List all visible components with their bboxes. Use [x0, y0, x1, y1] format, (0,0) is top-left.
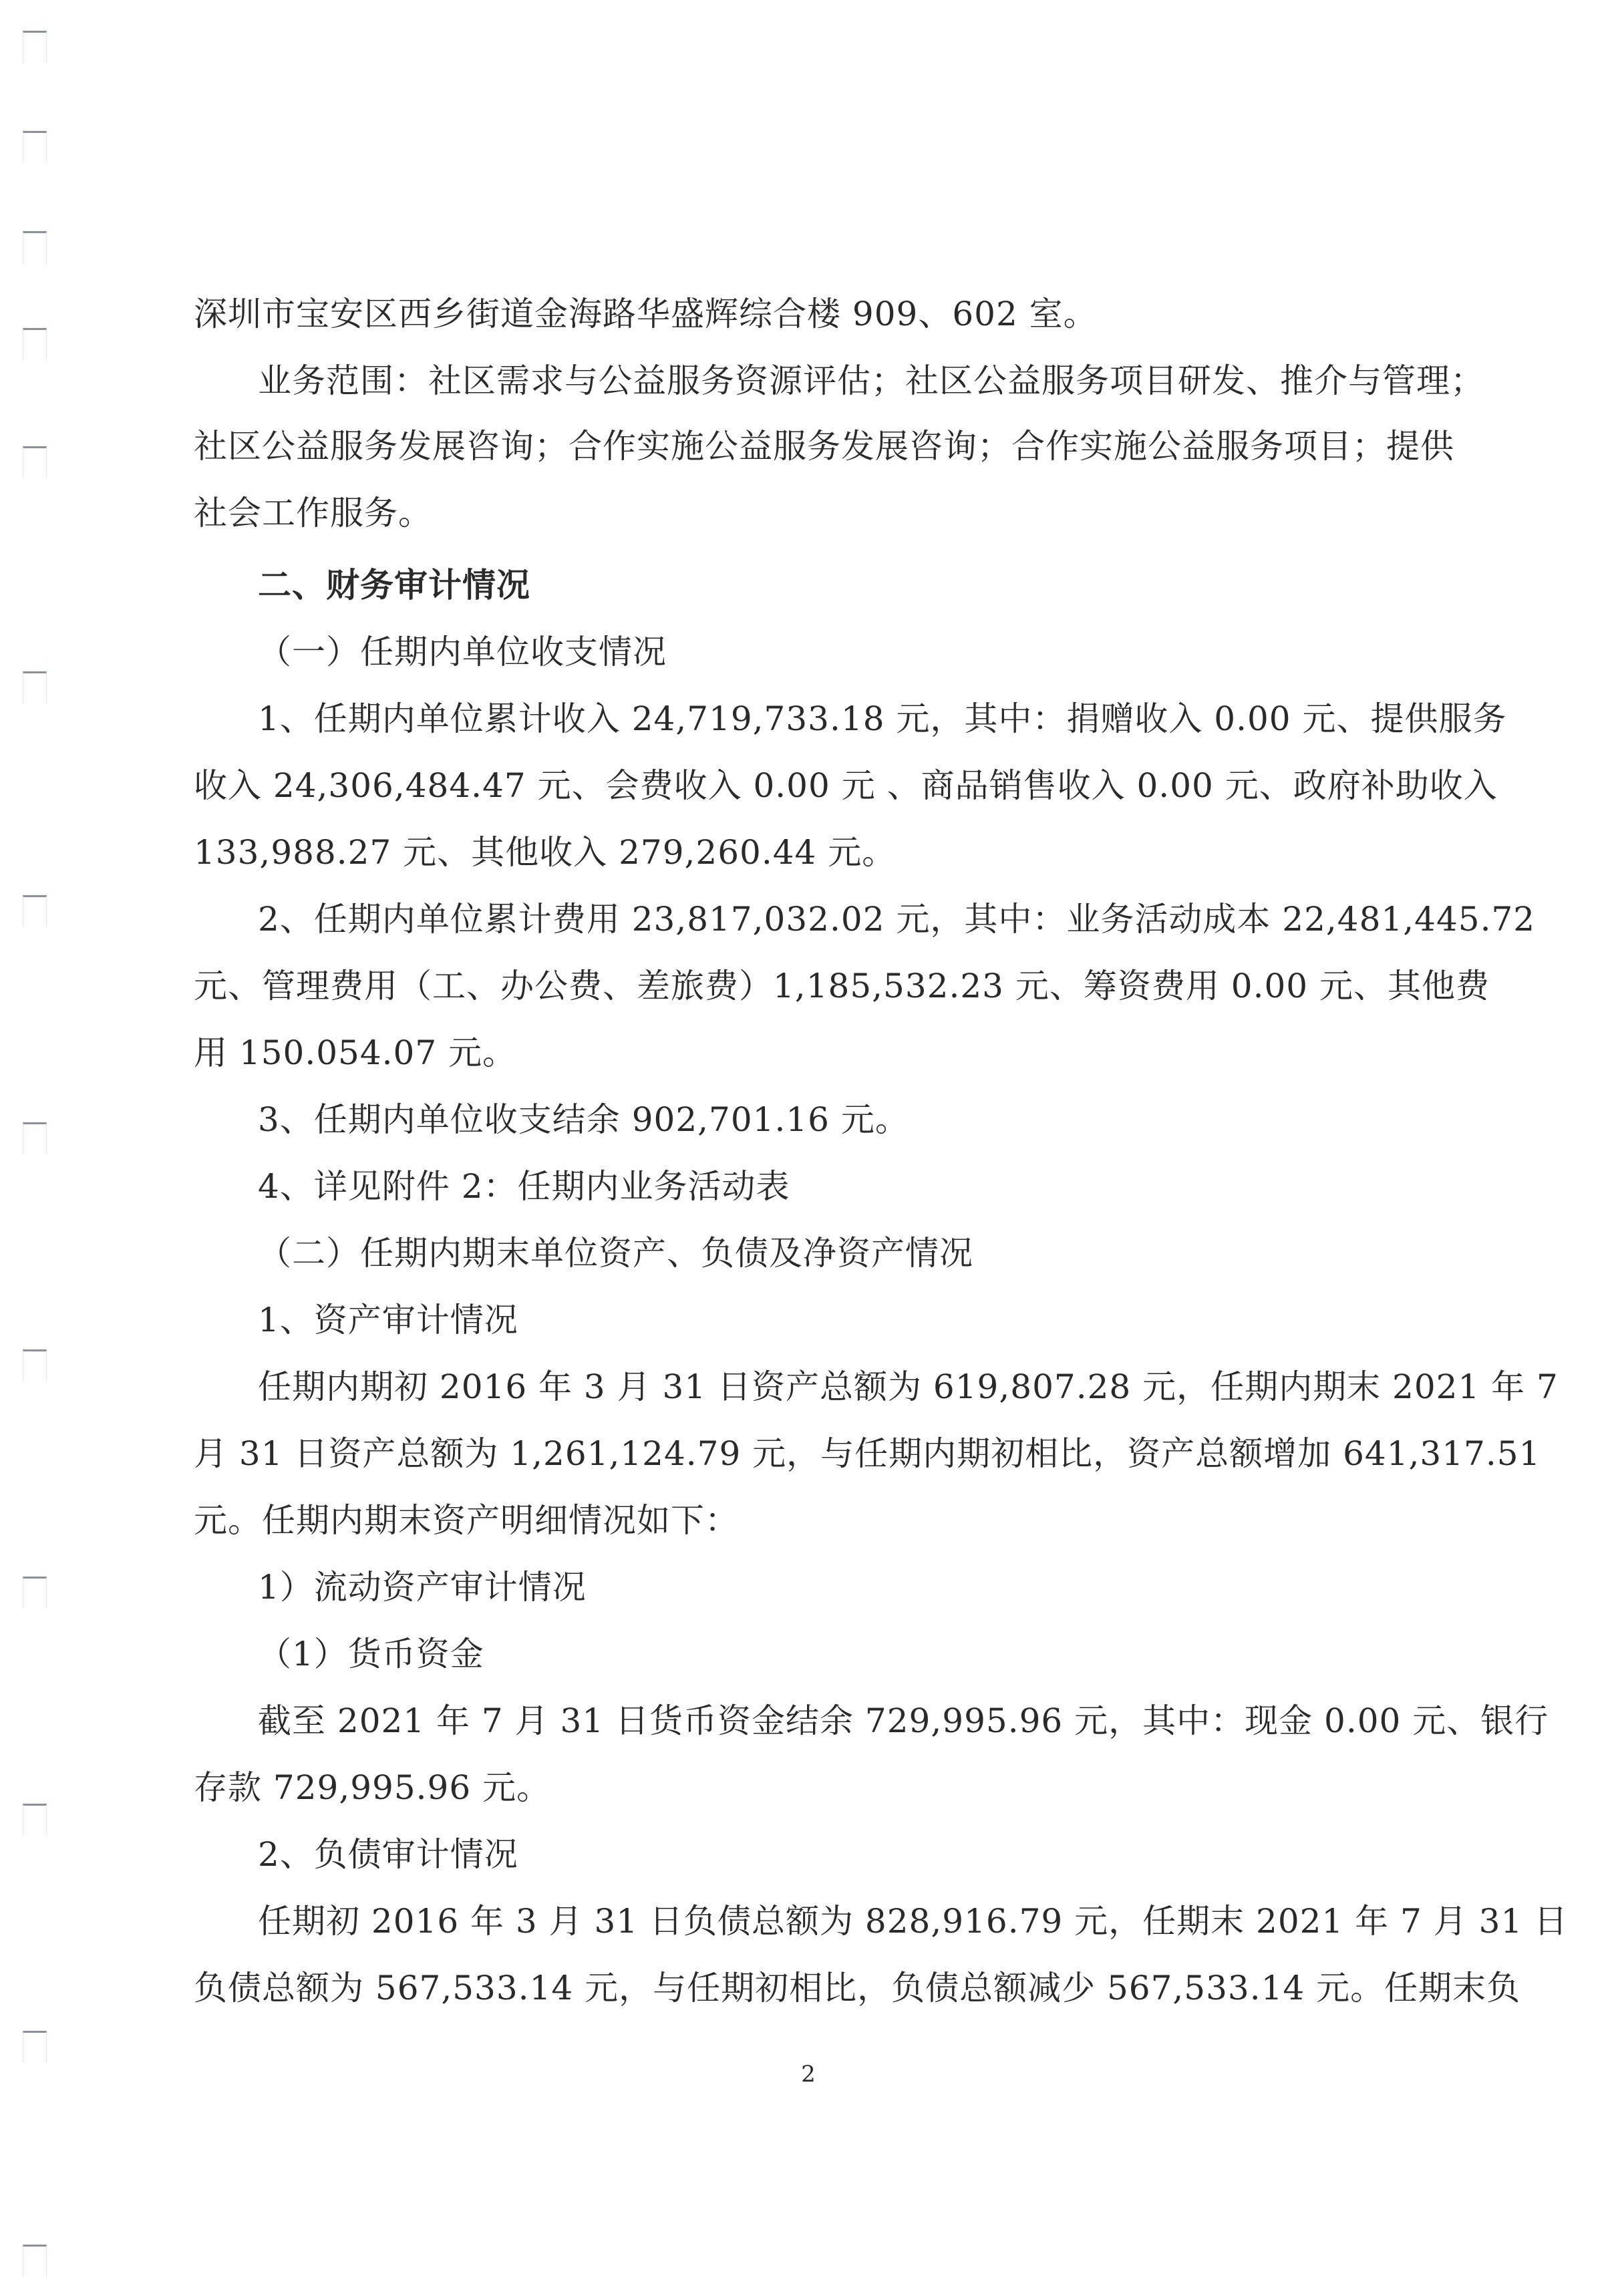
- income-paragraph: 收入 24,306,484.47 元、会费收入 0.00 元 、商品销售收入 0…: [194, 766, 1498, 806]
- binding-mark: [23, 446, 47, 478]
- subsection-heading: （一）任期内单位收支情况: [258, 632, 667, 672]
- liabilities-paragraph: 负债总额为 567,533.14 元，与任期初相比，负债总额减少 567,533…: [194, 1968, 1520, 2008]
- binding-mark: [23, 31, 47, 62]
- binding-mark: [23, 2031, 47, 2062]
- page-number: 2: [194, 2061, 1423, 2088]
- liabilities-paragraph: 任期初 2016 年 3 月 31 日负债总额为 828,916.79 元，任期…: [258, 1901, 1568, 1941]
- income-paragraph: 133,988.27 元、其他收入 279,260.44 元。: [194, 832, 896, 872]
- subsection-heading: （二）任期内期末单位资产、负债及净资产情况: [258, 1233, 973, 1273]
- expense-paragraph: 用 150.054.07 元。: [194, 1033, 516, 1073]
- binding-mark: [23, 2245, 47, 2276]
- binding-mark: [23, 1122, 47, 1154]
- cash-paragraph: 截至 2021 年 7 月 31 日货币资金结余 729,995.96 元，其中…: [258, 1701, 1549, 1741]
- binding-mark: [23, 895, 47, 927]
- binding-mark: [23, 1804, 47, 1835]
- assets-paragraph: 任期内期初 2016 年 3 月 31 日资产总额为 619,807.28 元，…: [258, 1367, 1559, 1407]
- business-scope-line: 社区公益服务发展咨询；合作实施公益服务发展咨询；合作实施公益服务项目；提供: [194, 426, 1454, 466]
- expense-paragraph: 元、管理费用（工、办公费、差旅费）1,185,532.23 元、筹资费用 0.0…: [194, 966, 1490, 1006]
- item-heading: （1）货币资金: [258, 1634, 484, 1674]
- binding-mark: [23, 1577, 47, 1608]
- binding-mark: [23, 328, 47, 359]
- attachment-reference: 4、详见附件 2：任期内业务活动表: [258, 1166, 790, 1206]
- binding-mark: [23, 131, 47, 162]
- section-heading: 二、财务审计情况: [258, 565, 530, 605]
- business-scope-line: 业务范围：社区需求与公益服务资源评估；社区公益服务项目研发、推介与管理；: [258, 361, 1484, 401]
- binding-mark: [23, 1349, 47, 1381]
- assets-paragraph: 元。任期内期末资产明细情况如下：: [194, 1500, 739, 1540]
- item-heading: 2、负债审计情况: [258, 1834, 518, 1874]
- cash-paragraph: 存款 729,995.96 元。: [194, 1768, 550, 1808]
- income-paragraph: 1、任期内单位累计收入 24,719,733.18 元，其中：捐赠收入 0.00…: [258, 699, 1507, 739]
- business-scope-line: 社会工作服务。: [194, 493, 432, 533]
- balance-paragraph: 3、任期内单位收支结余 902,701.16 元。: [258, 1100, 909, 1140]
- item-heading: 1）流动资产审计情况: [258, 1567, 587, 1607]
- binding-mark: [23, 671, 47, 703]
- assets-paragraph: 月 31 日资产总额为 1,261,124.79 元，与任期内期初相比，资产总额…: [194, 1434, 1541, 1474]
- expense-paragraph: 2、任期内单位累计费用 23,817,032.02 元，其中：业务活动成本 22…: [258, 899, 1535, 939]
- address-continuation: 深圳市宝安区西乡街道金海路华盛辉综合楼 909、602 室。: [194, 294, 1098, 334]
- binding-mark: [23, 231, 47, 263]
- item-heading: 1、资产审计情况: [258, 1300, 518, 1340]
